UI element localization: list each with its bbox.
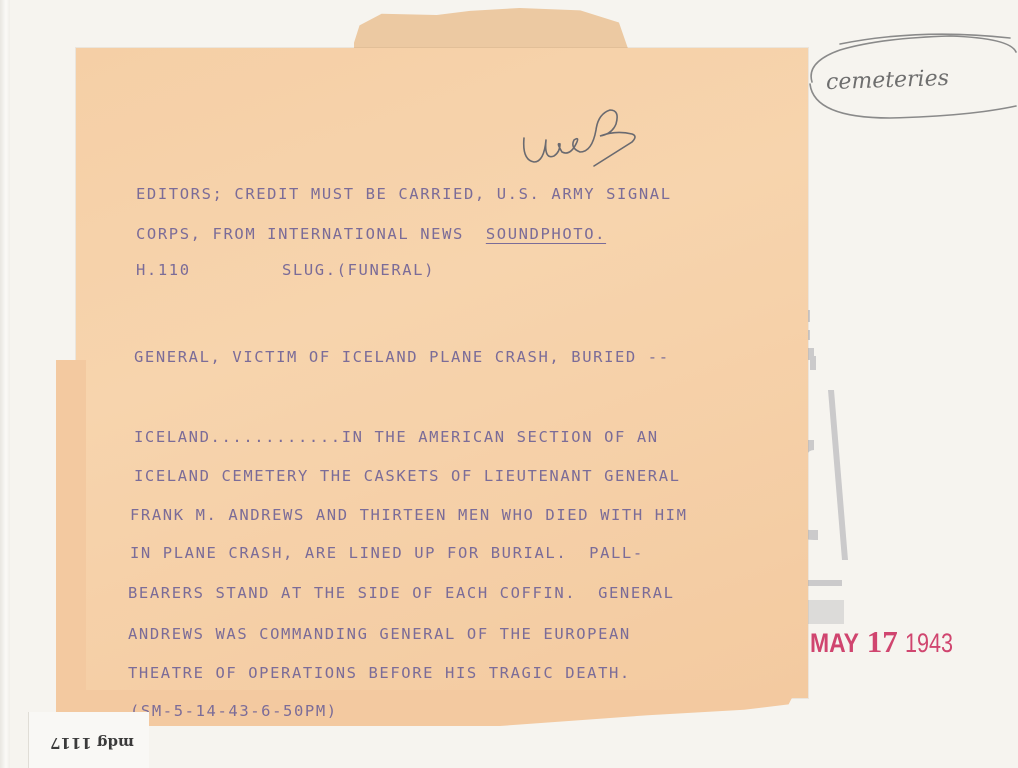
- date-stamp-day: 17: [867, 624, 898, 659]
- body-line-7: THEATRE OF OPERATIONS BEFORE HIS TRAGIC …: [128, 666, 631, 682]
- date-stamp-year: 1943: [905, 628, 953, 659]
- caption-slip-lower-left: [56, 360, 86, 700]
- reference-number: H.110: [136, 263, 191, 279]
- backing-edge: [0, 0, 10, 768]
- slug-line: SLUG.(FUNERAL): [282, 263, 435, 279]
- date-stamp: MAY 17 1943: [810, 624, 965, 660]
- body-line-1: ICELAND............IN THE AMERICAN SECTI…: [134, 430, 659, 446]
- soundphoto-label: SOUNDPHOTO.: [486, 225, 606, 243]
- body-line-2: ICELAND CEMETERY THE CASKETS OF LIEUTENA…: [134, 469, 681, 485]
- credit-line-1: EDITORS; CREDIT MUST BE CARRIED, U.S. AR…: [136, 187, 672, 203]
- body-line-4: IN PLANE CRASH, ARE LINED UP FOR BURIAL.…: [130, 546, 644, 562]
- archive-label: mdg 1117: [50, 734, 134, 752]
- body-line-5: BEARERS STAND AT THE SIDE OF EACH COFFIN…: [128, 586, 675, 602]
- body-line-6: ANDREWS WAS COMMANDING GENERAL OF THE EU…: [128, 627, 631, 643]
- credit-line-2-text: CORPS, FROM INTERNATIONAL NEWS: [136, 225, 486, 243]
- category-note: cemeteries: [826, 66, 950, 95]
- headline: GENERAL, VICTIM OF ICELAND PLANE CRASH, …: [134, 350, 670, 366]
- credit-line-2: CORPS, FROM INTERNATIONAL NEWS SOUNDPHOT…: [136, 227, 606, 243]
- body-line-3: FRANK M. ANDREWS AND THIRTEEN MEN WHO DI…: [130, 508, 688, 524]
- transmission-code: (SM-5-14-43-6-50PM): [130, 704, 338, 720]
- used-handwritten-mark: [520, 100, 660, 170]
- date-stamp-month: MAY: [810, 628, 859, 659]
